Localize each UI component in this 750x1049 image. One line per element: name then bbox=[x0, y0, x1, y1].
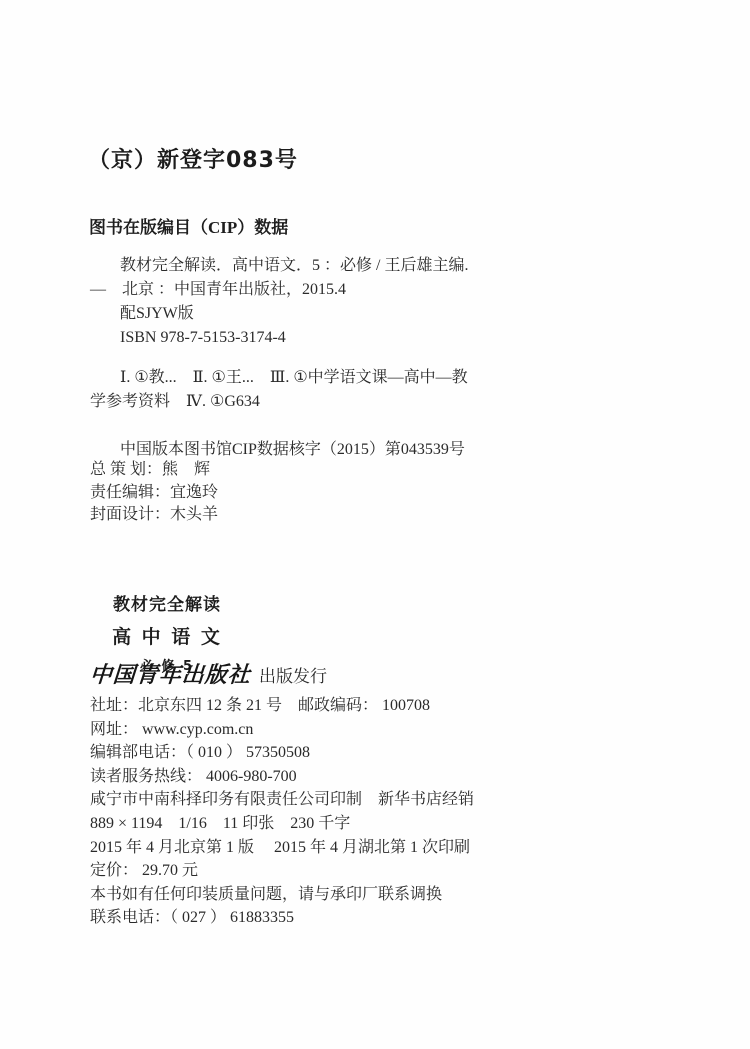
publisher-logo: 中国青年出版社 bbox=[89, 658, 252, 689]
book-copyright-page: （京）新登字083号 图书在版编目（CIP）数据 教材完全解读．高中语文．5 ：… bbox=[0, 0, 750, 1049]
contact-phone-line: 联系电话：（ 027 ） 61883355 bbox=[90, 906, 650, 930]
classification-block: Ⅰ. ①教... Ⅱ. ①王... Ⅲ. ①中学语文课—高中—教 学参考资料 Ⅳ… bbox=[90, 366, 650, 414]
book-title: 高 中 语 文 bbox=[88, 622, 246, 649]
registration-number: （京）新登字083号 bbox=[88, 143, 298, 174]
classification-line-2: 学参考资料 Ⅳ. ①G634 bbox=[90, 390, 650, 414]
isbn-line: ISBN 978-7-5153-3174-4 bbox=[90, 326, 650, 350]
edition-printing-line: 2015 年 4 月北京第 1 版 2015 年 4 月湖北第 1 次印刷 bbox=[90, 836, 650, 860]
editorial-phone-line: 编辑部电话：（ 010 ） 57350508 bbox=[90, 741, 650, 765]
publisher-address-line: 社址：北京东四 12 条 21 号 邮政编码： 100708 bbox=[90, 694, 650, 718]
printer-distributor-line: 咸宁市中南科择印务有限责任公司印制 新华书店经销 bbox=[90, 788, 650, 812]
cip-record-number: 中国版本图书馆CIP数据核字（2015）第043539号 bbox=[120, 436, 465, 459]
publisher-website-line: 网址： www.cyp.com.cn bbox=[90, 718, 650, 742]
cip-description-line-2: — 北京 ：中国青年出版社，2015.4 bbox=[90, 278, 650, 302]
publisher-suffix: 出版发行 bbox=[259, 667, 327, 686]
price-line: 定价： 29.70 元 bbox=[90, 859, 650, 883]
publisher-line: 中国青年出版社出版发行 bbox=[90, 658, 327, 689]
credits-block: 总 策 划：熊 辉 责任编辑：宜逸玲 封面设计：木头羊 bbox=[90, 459, 218, 527]
cip-description-block: 教材完全解读．高中语文．5 ：必修 / 王后雄主编. — 北京 ：中国青年出版社… bbox=[90, 254, 650, 350]
format-sheets-line: 889 × 1194 1/16 11 印张 230 千字 bbox=[90, 812, 650, 836]
credit-editor: 责任编辑：宜逸玲 bbox=[90, 482, 218, 505]
credit-planner: 总 策 划：熊 辉 bbox=[90, 459, 218, 482]
classification-line-1: Ⅰ. ①教... Ⅱ. ①王... Ⅲ. ①中学语文课—高中—教 bbox=[90, 366, 650, 390]
service-hotline-line: 读者服务热线： 4006-980-700 bbox=[90, 765, 650, 789]
cip-heading: 图书在版编目（CIP）数据 bbox=[89, 213, 288, 238]
cip-description-line-3: 配SJYW版 bbox=[90, 302, 650, 326]
credit-cover-design: 封面设计：木头羊 bbox=[90, 504, 218, 527]
quality-notice-line: 本书如有任何印装质量问题，请与承印厂联系调换 bbox=[90, 883, 650, 907]
cip-description-line-1: 教材完全解读．高中语文．5 ：必修 / 王后雄主编. bbox=[90, 254, 650, 278]
book-series-title: 教材完全解读 bbox=[88, 590, 246, 615]
publication-info-block: 社址：北京东四 12 条 21 号 邮政编码： 100708 网址： www.c… bbox=[90, 694, 650, 930]
